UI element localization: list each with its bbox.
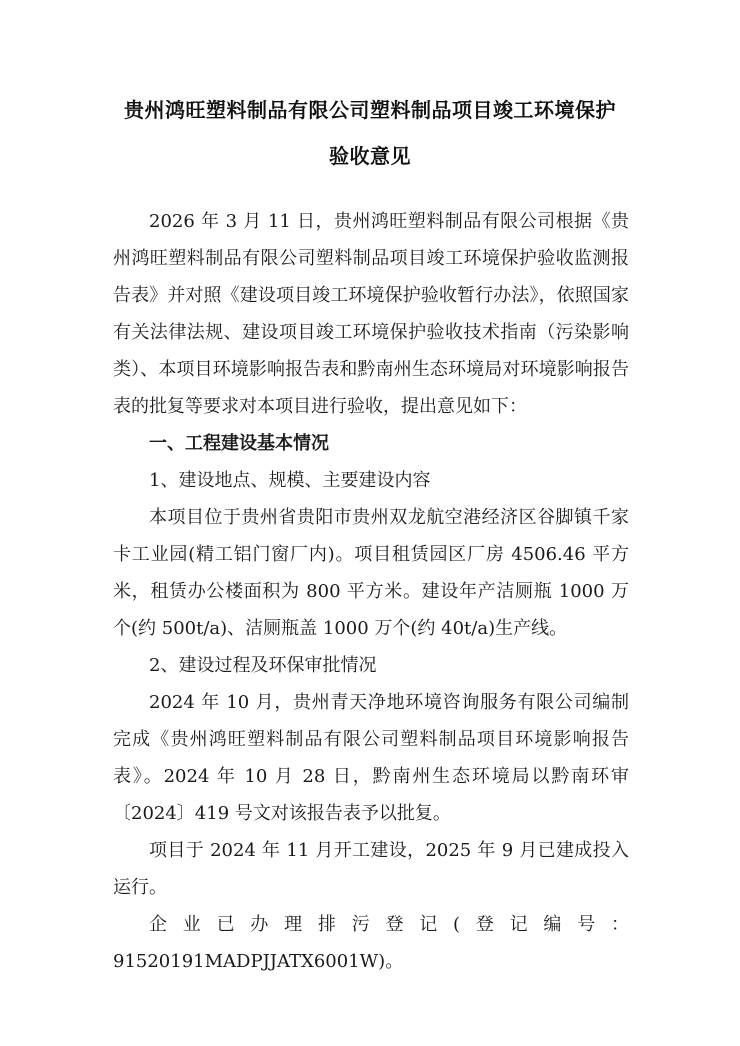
section-heading-1: 一、工程建设基本情况 xyxy=(113,425,629,462)
document-body: 2026 年 3 月 11 日，贵州鸿旺塑料制品有限公司根据《贵州鸿旺塑料制品有… xyxy=(113,203,629,980)
subsection-2-paragraph-3: 企业已办理排污登记(登记编号：91520191MADPJJATX6001W)。 xyxy=(113,906,629,980)
document-page: 贵州鸿旺塑料制品有限公司塑料制品项目竣工环境保护 验收意见 2026 年 3 月… xyxy=(0,0,740,1046)
document-title-line1: 贵州鸿旺塑料制品有限公司塑料制品项目竣工环境保护 xyxy=(110,94,630,123)
subsection-2-paragraph-1: 2024 年 10 月，贵州青天净地环境咨询服务有限公司编制完成《贵州鸿旺塑料制… xyxy=(113,684,629,832)
intro-paragraph: 2026 年 3 月 11 日，贵州鸿旺塑料制品有限公司根据《贵州鸿旺塑料制品有… xyxy=(113,203,629,425)
subsection-1-paragraph: 本项目位于贵州省贵阳市贵州双龙航空港经济区谷脚镇千家卡工业园(精工铝门窗厂内)。… xyxy=(113,499,629,647)
subsection-heading-1: 1、建设地点、规模、主要建设内容 xyxy=(113,462,629,499)
subsection-2-paragraph-2: 项目于 2024 年 11 月开工建设，2025 年 9 月已建成投入运行。 xyxy=(113,832,629,906)
subsection-heading-2: 2、建设过程及环保审批情况 xyxy=(113,647,629,684)
document-title-line2: 验收意见 xyxy=(110,140,630,169)
